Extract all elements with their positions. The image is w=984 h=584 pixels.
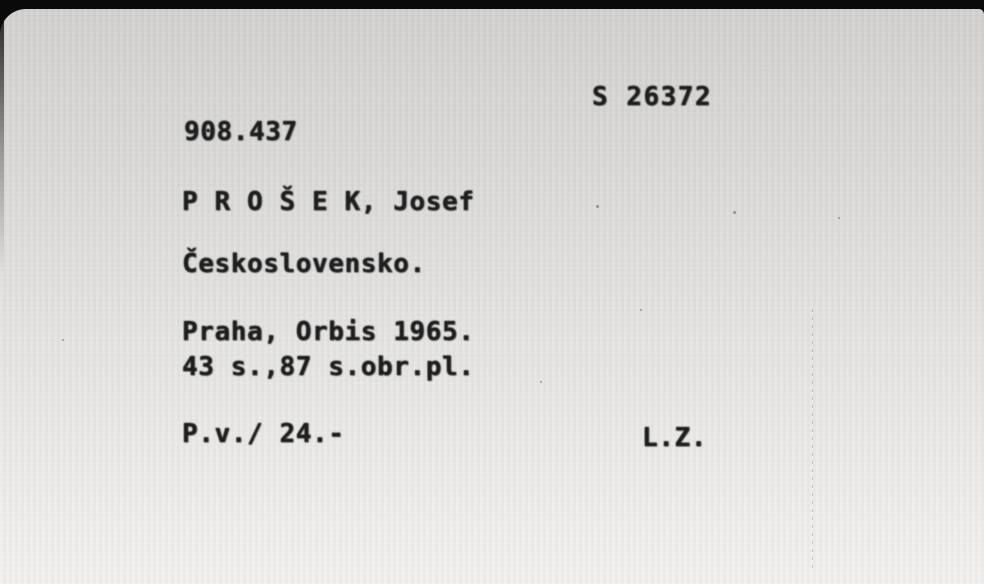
paper-speck <box>62 339 64 341</box>
card-paper: S 26372 908.437 P R O Š E K, Josef Česko… <box>0 9 984 584</box>
paper-crease <box>812 309 813 569</box>
paper-speck <box>733 211 736 214</box>
signature-number: S 26372 <box>592 82 712 112</box>
cataloguer-initials: L.Z. <box>642 423 707 453</box>
paper-speck <box>838 217 840 219</box>
paper-speck <box>540 381 542 383</box>
imprint-line: Praha, Orbis 1965. <box>182 317 475 347</box>
paper-speck <box>596 205 599 208</box>
scanned-catalog-card: S 26372 908.437 P R O Š E K, Josef Česko… <box>0 0 984 584</box>
paper-speck <box>640 309 642 311</box>
scan-edge-shadow <box>0 9 4 274</box>
price-note: P.v./ 24.- <box>182 419 345 449</box>
author-heading: P R O Š E K, Josef <box>182 187 475 217</box>
collation-line: 43 s.,87 s.obr.pl. <box>182 352 475 382</box>
classification-number: 908.437 <box>184 117 298 147</box>
title-line: Československo. <box>182 249 426 279</box>
